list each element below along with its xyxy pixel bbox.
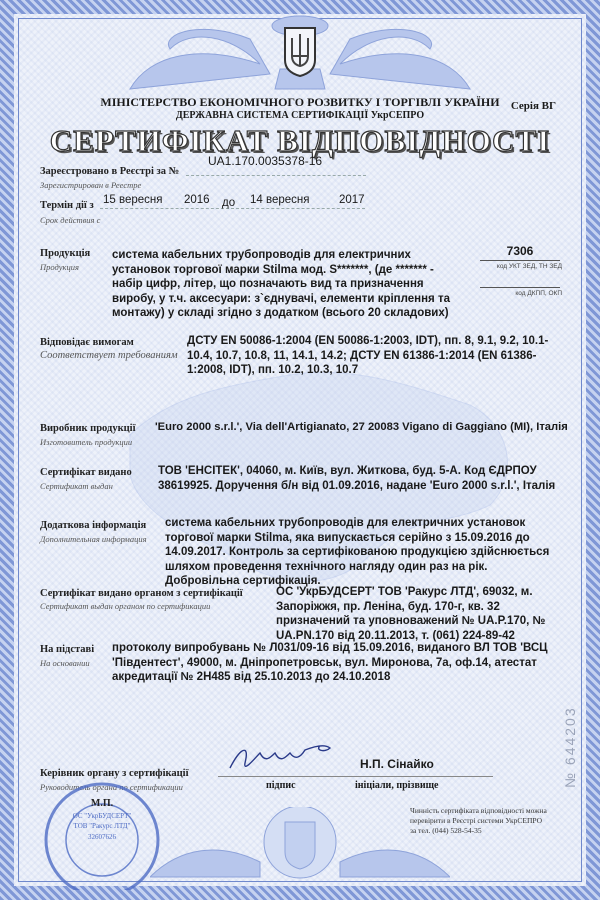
verification-note-line-1: Чинність сертифіката відповідності можна [410, 806, 547, 816]
registry-number: UA1.170.0035378-16 [208, 154, 322, 169]
validity-to-word: до [222, 197, 235, 209]
validity-label: Термін дії з [40, 200, 94, 211]
name-caption: ініціали, прізвище [355, 780, 438, 791]
product-code-value: 7306 [480, 244, 560, 261]
serial-number: № 644203 [562, 688, 578, 788]
manufacturer-label: Виробник продукції [40, 423, 136, 434]
basis-label: На підставі [40, 644, 94, 655]
requirements-text: ДСТУ EN 50086-1:2004 (EN 50086-1:2003, I… [187, 334, 567, 378]
manufacturer-label-ru: Изготовитель продукции [40, 437, 132, 447]
product-code-label-dkpp: код ДКПП, ОКП [470, 290, 562, 297]
registry-label-ru: Зарегистрирован в Реестре [40, 180, 141, 190]
product-label-ru: Продукция [40, 262, 79, 272]
bottom-ornament [150, 807, 450, 882]
issued-by-text: ОС 'УкрБУДСЕРТ' ТОВ 'Ракурс ЛТД', 69032,… [276, 585, 546, 643]
manufacturer-text: 'Euro 2000 s.r.l.', Via dell'Artigianato… [155, 420, 575, 435]
coat-of-arms-icon [283, 26, 317, 78]
head-of-body-label: Керівник органу з сертифікації [40, 768, 189, 779]
additional-info-label-ru: Дополнительная информация [40, 534, 147, 544]
issued-to-text: ТОВ 'ЕНСІТЕК', 04060, м. Київ, вул. Житк… [158, 464, 558, 493]
registry-label: Зареєстровано в Реєстрі за № [40, 166, 179, 177]
additional-info-text: система кабельних трубопроводів для елек… [165, 516, 565, 589]
validity-to-day: 14 вересня [250, 194, 309, 206]
issued-by-label-ru: Сертификат выдан органом по сертификации [40, 601, 210, 611]
product-label: Продукція [40, 248, 90, 259]
issued-to-label-ru: Сертификат выдан [40, 481, 113, 491]
product-description: система кабельних трубопроводів для елек… [112, 248, 467, 321]
verification-note: Чинність сертифіката відповідності можна… [410, 806, 547, 836]
requirements-label-ru: Соответствует требованиям [40, 350, 178, 361]
verification-note-line-2: перевірити в Реєстрі системи УкрСЕПРО [410, 816, 547, 826]
basis-label-ru: На основании [40, 658, 90, 668]
requirements-label: Відповідає вимогам [40, 337, 134, 348]
signature-caption: підпис [266, 780, 296, 791]
official-stamp: М.П. ОС "УкрБУДСЕРТ" ТОВ "Ракурс ЛТД" 32… [34, 780, 164, 890]
issued-to-label: Сертифікат видано [40, 467, 132, 478]
validity-to-year: 2017 [339, 194, 365, 206]
signature-scribble [225, 738, 335, 776]
validity-from-year: 2016 [184, 194, 210, 206]
series-label: Серія ВГ [511, 100, 556, 112]
signatory-name: Н.П. Сінайко [360, 757, 434, 771]
issued-by-label: Сертифікат видано органом з сертифікації [40, 588, 243, 599]
validity-label-ru: Срок действия с [40, 215, 100, 225]
product-code-label-ukt: код УКТ ЗЕД, ТН ЗЕД [470, 263, 562, 270]
verification-note-line-3: за тел. (044) 528-54-35 [410, 826, 547, 836]
basis-text: протоколу випробувань № Л031/09-16 від 1… [112, 641, 562, 685]
validity-from-day: 15 вересня [103, 194, 162, 206]
additional-info-label: Додаткова інформація [40, 520, 146, 531]
